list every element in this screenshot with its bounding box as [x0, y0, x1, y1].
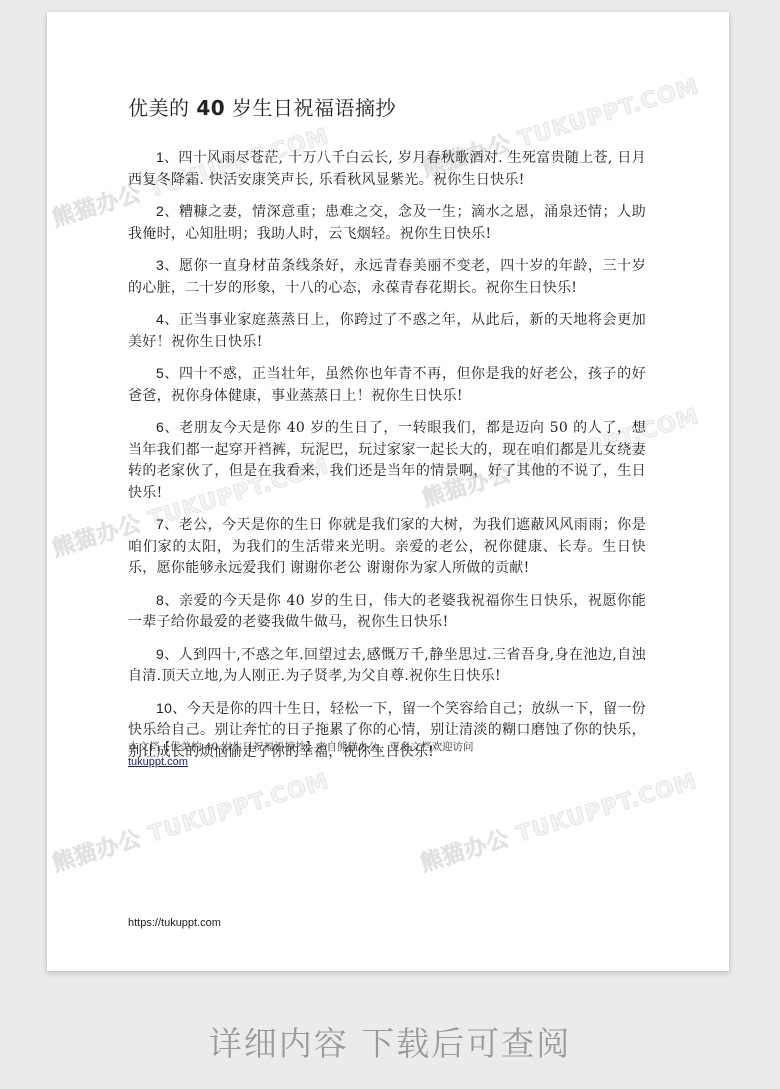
paragraph-text: 、老朋友今天是你 40 岁的生日了，一转眼我们，都是迈向 50 的人了，想当年我…	[128, 420, 646, 501]
title-number: 40	[196, 96, 225, 120]
paragraph-text: 、四十风雨尽苍茫, 十万八千白云长, 岁月春秋歌酒对. 生死富贵随上苍, 日月西…	[128, 150, 646, 188]
paragraph-number: 1	[156, 149, 164, 165]
wish-paragraph: 2、糟糠之妻，情深意重；患难之交，念及一生；滴水之恩，涌泉还情；人助我俺时，心知…	[128, 201, 646, 245]
page-footer-url: https://tukuppt.com	[128, 917, 221, 929]
document-body: 1、四十风雨尽苍茫, 十万八千白云长, 岁月春秋歌酒对. 生死富贵随上苍, 日月…	[128, 147, 646, 773]
paragraph-number: 9	[156, 646, 164, 662]
paragraph-number: 6	[156, 419, 164, 435]
wish-paragraph: 1、四十风雨尽苍茫, 十万八千白云长, 岁月春秋歌酒对. 生死富贵随上苍, 日月…	[128, 147, 646, 191]
watermark: 熊猫办公 TUKUPPT.COM	[416, 764, 701, 878]
paragraph-text: 、四十不惑，正当壮年，虽然你也年青不再，但你是我的好老公，孩子的好爸爸，祝你身体…	[128, 366, 646, 404]
download-prompt-banner: 详细内容 下载后可查阅	[0, 1018, 780, 1065]
title-prefix: 优美的	[128, 96, 196, 120]
paragraph-text: 、糟糠之妻，情深意重；患难之交，念及一生；滴水之恩，涌泉还情；人助我俺时，心知肚…	[128, 204, 646, 242]
paragraph-number: 2	[156, 203, 164, 219]
wish-paragraph: 8、亲爱的今天是你 40 岁的生日，伟大的老婆我祝福你生日快乐，祝愿你能一辈子给…	[128, 590, 646, 634]
source-note-text: 本文档【优美的 40 岁生日祝福语摘抄】来自熊猫办公，更多文档欢迎访问	[128, 741, 474, 753]
paragraph-text: 、老公，今天是你的生日 你就是我们家的大树，为我们遮蔽风风雨雨；你是咱们家的太阳…	[128, 517, 646, 576]
paragraph-number: 7	[156, 516, 164, 532]
paragraph-number: 3	[156, 257, 164, 273]
wish-paragraph: 9、人到四十,不惑之年.回望过去,感慨万千,静坐思过.三省吾身,身在池边,自浊自…	[128, 644, 646, 688]
wish-paragraph: 6、老朋友今天是你 40 岁的生日了，一转眼我们，都是迈向 50 的人了，想当年…	[128, 417, 646, 504]
paragraph-text: 、人到四十,不惑之年.回望过去,感慨万千,静坐思过.三省吾身,身在池边,自浊自清…	[128, 647, 646, 685]
watermark: 熊猫办公 TUKUPPT.COM	[48, 764, 333, 878]
paragraph-text: 、亲爱的今天是你 40 岁的生日，伟大的老婆我祝福你生日快乐，祝愿你能一辈子给你…	[128, 593, 646, 631]
document-page: 熊猫办公 TUKUPPT.COM 熊猫办公 TUKUPPT.COM 熊猫办公 T…	[47, 12, 729, 971]
paragraph-number: 8	[156, 592, 164, 608]
source-link[interactable]: tukuppt.com	[128, 755, 474, 770]
wish-paragraph: 3、愿你一直身材苗条线条好，永远青春美丽不变老，四十岁的年龄，三十岁的心脏，二十…	[128, 255, 646, 299]
wish-paragraph: 5、四十不惑，正当壮年，虽然你也年青不再，但你是我的好老公，孩子的好爸爸，祝你身…	[128, 363, 646, 407]
paragraph-number: 5	[156, 365, 164, 381]
paragraph-number: 4	[156, 311, 164, 327]
paragraph-text: 、愿你一直身材苗条线条好，永远青春美丽不变老，四十岁的年龄，三十岁的心脏，二十岁…	[128, 258, 646, 296]
document-title: 优美的 40 岁生日祝福语摘抄	[128, 92, 396, 121]
wish-paragraph: 7、老公，今天是你的生日 你就是我们家的大树，为我们遮蔽风风雨雨；你是咱们家的太…	[128, 514, 646, 580]
source-note: 本文档【优美的 40 岁生日祝福语摘抄】来自熊猫办公，更多文档欢迎访问 tuku…	[128, 740, 474, 770]
title-suffix: 岁生日祝福语摘抄	[225, 96, 396, 120]
paragraph-number: 10	[156, 700, 172, 716]
paragraph-text: 、正当事业家庭蒸蒸日上，你跨过了不惑之年，从此后，新的天地将会更加美好！祝你生日…	[128, 312, 646, 350]
wish-paragraph: 4、正当事业家庭蒸蒸日上，你跨过了不惑之年，从此后，新的天地将会更加美好！祝你生…	[128, 309, 646, 353]
